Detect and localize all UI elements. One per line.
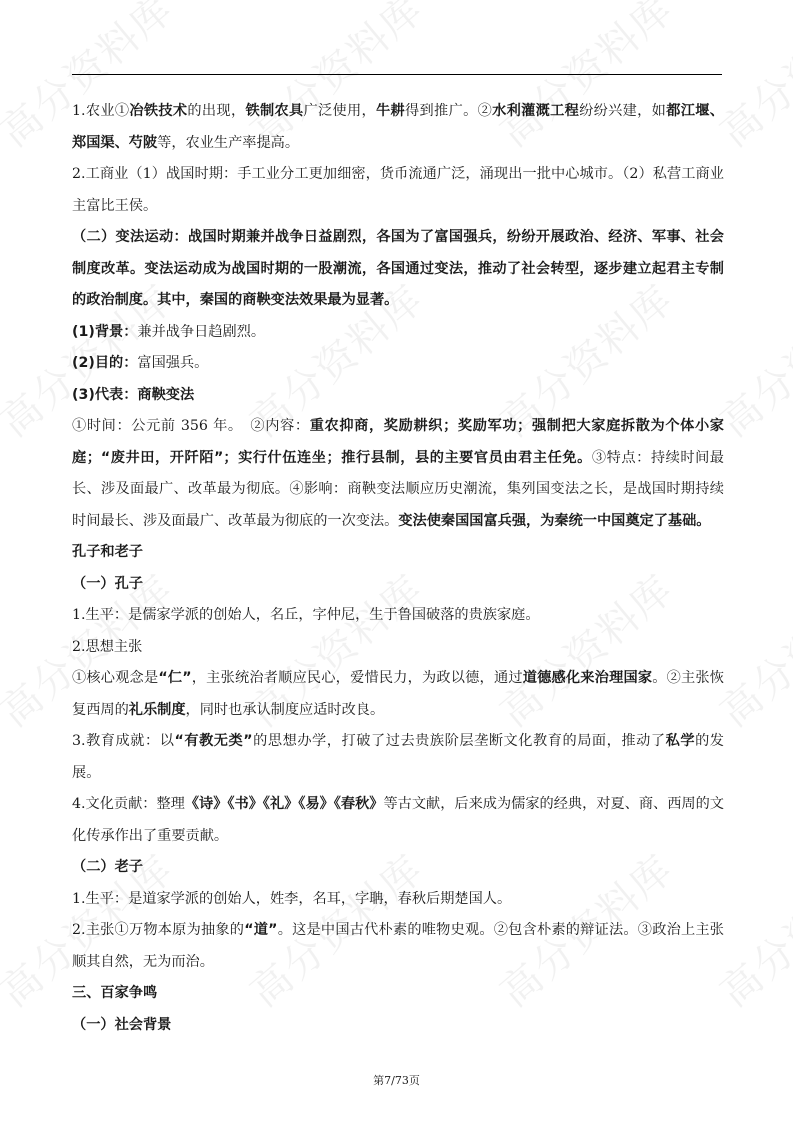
paragraph-confucius-thought: ①核心观念是“仁”，主张统治者顺应民心，爱惜民力，为政以德，通过道德感化来治理国… — [72, 663, 724, 726]
paragraph-shangyang: ①时间：公元前 356 年。 ②内容：重农抑商，奖励耕织；奖励军功；强制把大家庭… — [72, 411, 724, 537]
label: (2)目的： — [72, 355, 137, 371]
heading-hundred-schools: 三、百家争鸣 — [72, 978, 724, 1010]
reform-representative: (3)代表：商鞅变法 — [72, 380, 724, 412]
page-number: 第7/73页 — [0, 1072, 793, 1088]
paragraph-laozi-ideas: 2.主张①万物本原为抽象的“道”。这是中国古代朴素的唯物史观。②包含朴素的辩证法… — [72, 915, 724, 978]
reform-purpose: (2)目的：富国强兵。 — [72, 348, 724, 380]
paragraph-reform-intro: （二）变法运动：战国时期兼并战争日益剧烈，各国为了富国强兵，纷纷开展政治、经济、… — [72, 222, 724, 317]
heading-confucius-laozi: 孔子和老子 — [72, 537, 724, 569]
paragraph-confucius-culture: 4.文化贡献：整理《诗》《书》《礼》《易》《春秋》等古文献，后来成为儒家的经典，… — [72, 789, 724, 852]
label: (1)背景： — [72, 324, 137, 340]
confucius-thought-title: 2.思想主张 — [72, 632, 724, 664]
heading-confucius: （一）孔子 — [72, 569, 724, 601]
reform-background: (1)背景：兼并战争日趋剧烈。 — [72, 317, 724, 349]
confucius-life: 1.生平：是儒家学派的创始人，名丘，字仲尼，生于鲁国破落的贵族家庭。 — [72, 600, 724, 632]
heading-social-background: （一）社会背景 — [72, 1010, 724, 1042]
heading-laozi: （二）老子 — [72, 852, 724, 884]
paragraph-commerce: 2.工商业（1）战国时期：手工业分工更加细密，货币流通广泛，涌现出一批中心城市。… — [72, 159, 724, 222]
paragraph-agriculture: 1.农业①冶铁技术的出现，铁制农具广泛使用，牛耕得到推广。②水利灌溉工程纷纷兴建… — [72, 96, 724, 159]
laozi-life: 1.生平：是道家学派的创始人，姓李，名耳，字聃，春秋后期楚国人。 — [72, 884, 724, 916]
paragraph-confucius-education: 3.教育成就：以“有教无类”的思想办学，打破了过去贵族阶层垄断文化教育的局面，推… — [72, 726, 724, 789]
header-rule — [72, 74, 722, 75]
document-body: 1.农业①冶铁技术的出现，铁制农具广泛使用，牛耕得到推广。②水利灌溉工程纷纷兴建… — [72, 96, 724, 1041]
